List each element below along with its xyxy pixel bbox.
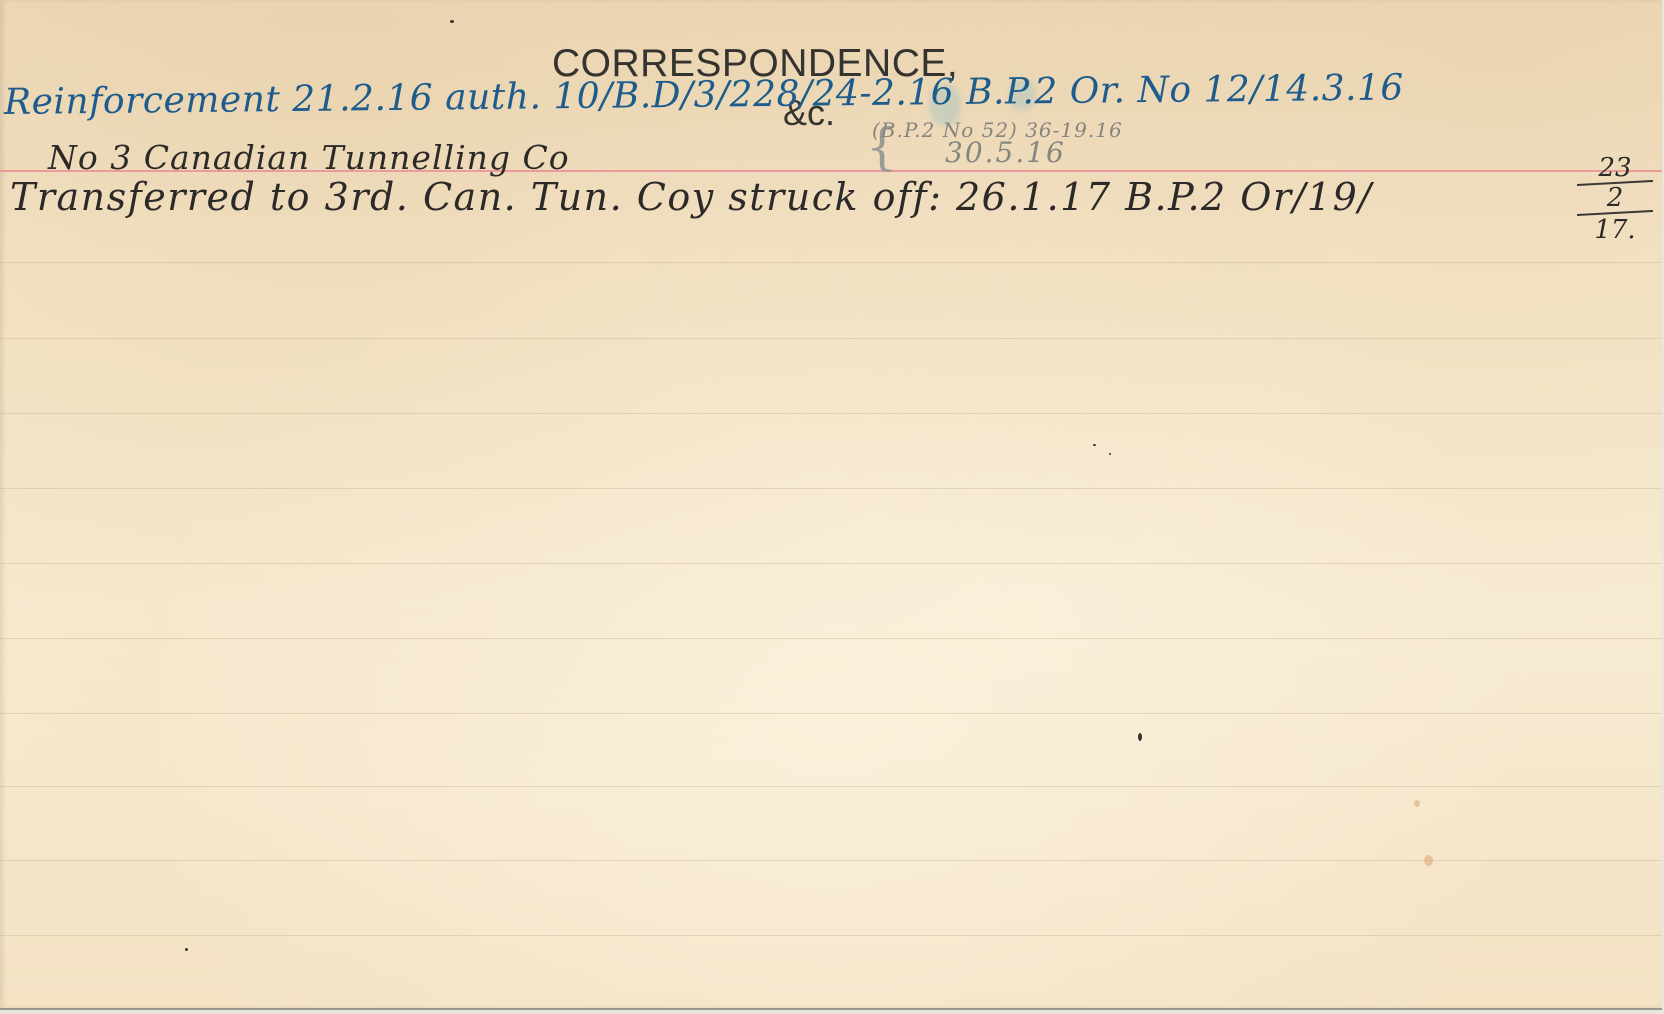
fraction-year: 17. [1577, 215, 1653, 245]
paper-speck [1093, 444, 1096, 446]
ruled-line [0, 786, 1662, 787]
ruled-line [0, 638, 1662, 639]
index-card: CORRESPONDENCE, &c. Reinforcement 21.2.1… [0, 0, 1662, 1010]
paper-speck [450, 20, 454, 23]
ruled-line [0, 413, 1662, 414]
ruled-line [0, 563, 1662, 564]
ruled-line [0, 262, 1662, 263]
entry-unit: No 3 Canadian Tunnelling Co [48, 138, 570, 177]
ruled-line [0, 713, 1662, 714]
paper-speck [1138, 733, 1142, 741]
entry-transfer: Transferred to 3rd. Can. Tun. Coy struck… [10, 175, 1373, 219]
ruled-line [0, 935, 1662, 936]
pencil-note-line2: 30.5.16 [945, 136, 1066, 169]
fraction-month: 2 [1577, 185, 1653, 211]
paper-speck [185, 948, 188, 951]
fraction-day: 23 [1577, 155, 1653, 181]
ruled-line [0, 860, 1662, 861]
ruled-line [0, 488, 1662, 489]
paper-stain [1424, 855, 1433, 866]
paper-stain [1414, 800, 1420, 807]
paper-speck [1109, 453, 1111, 455]
entry-reinforcement: Reinforcement 21.2.16 auth. 10/B.D/3/228… [4, 67, 1404, 123]
ruled-line [0, 338, 1662, 339]
fraction-date: 23 2 17. [1577, 155, 1653, 245]
